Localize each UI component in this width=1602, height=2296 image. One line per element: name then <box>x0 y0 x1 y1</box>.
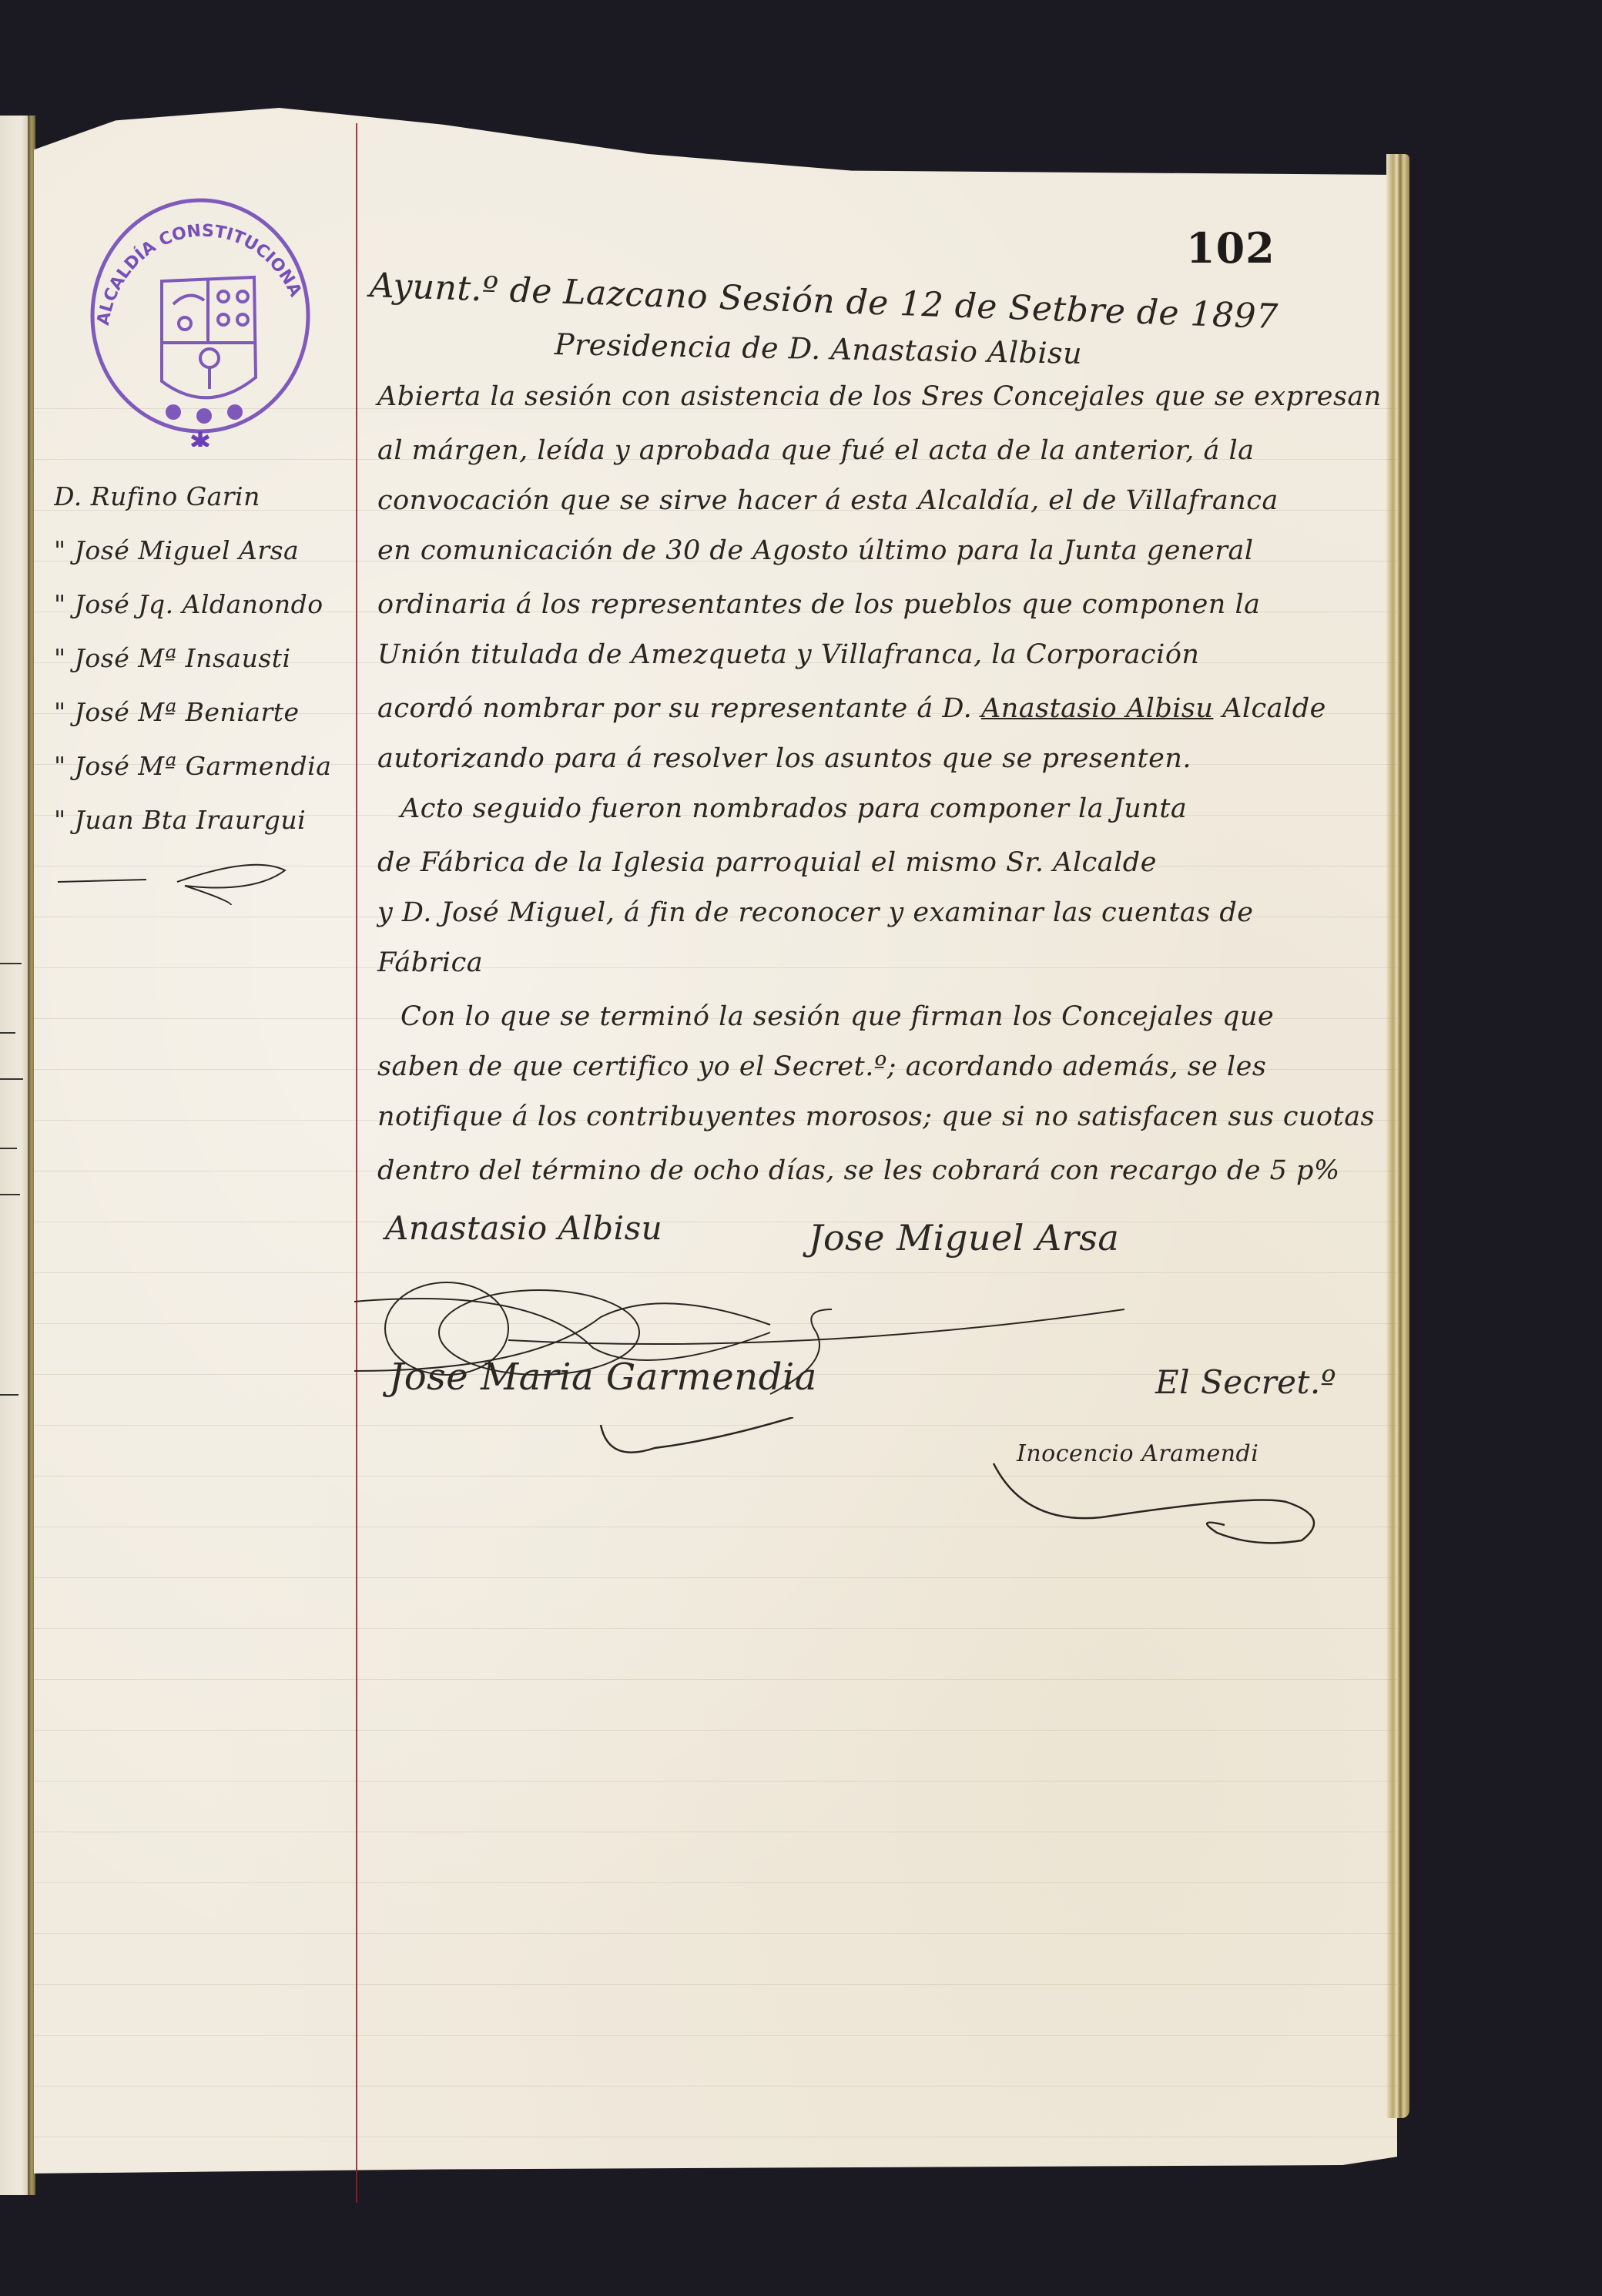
coat-of-arms-icon <box>162 277 256 397</box>
ruled-line <box>34 1577 1397 1578</box>
attendee: " José Mª Beniarte <box>54 697 347 727</box>
signature: Jose Maria Garmendia <box>389 1356 817 1399</box>
previous-page-ink-mark <box>0 1032 15 1034</box>
attendee: " José Jq. Aldanondo <box>54 589 347 619</box>
asterisk-icon: ✱ <box>189 427 212 447</box>
stamp-text: ALCALDÍA CONSTITUCIONAL DE LAZCANO <box>77 185 305 327</box>
ruled-line <box>34 2137 1397 2137</box>
folio-number: 102 <box>1186 223 1275 273</box>
attendee: " José Mª Garmendia <box>54 751 347 781</box>
minutes-line: notifique á los contribuyentes morosos; … <box>377 1101 1379 1132</box>
minutes-line: autorizando para á resolver los asuntos … <box>377 743 1379 774</box>
ruled-line <box>34 1984 1397 1985</box>
previous-page-ink-mark <box>0 1394 18 1396</box>
attendee: " José Miguel Arsa <box>54 535 347 565</box>
previous-page-ink-mark <box>0 1194 20 1195</box>
ruled-line <box>34 1222 1397 1222</box>
attendee: D. Rufino Garin <box>54 481 347 511</box>
previous-page-ink-mark <box>0 1148 17 1149</box>
stars-icon <box>166 404 243 424</box>
minutes-line: ordinaria á los representantes de los pu… <box>377 589 1379 620</box>
minutes-line: Fábrica <box>377 947 1379 978</box>
ruled-line <box>34 1933 1397 1934</box>
minutes-line: dentro del término de ocho días, se les … <box>377 1155 1379 1186</box>
ruled-line <box>34 2086 1397 2087</box>
margin-rule <box>356 123 357 2203</box>
page-stack-edge <box>1386 154 1409 2118</box>
ruled-line <box>34 1882 1397 1883</box>
minutes-line: Con lo que se terminó la sesión que firm… <box>400 1001 1402 1032</box>
minutes-line: y D. José Miguel, á fin de reconocer y e… <box>377 897 1379 928</box>
margin-flourish <box>54 840 316 909</box>
ruled-line <box>34 1781 1397 1781</box>
minutes-line: Unión titulada de Amezqueta y Villafranc… <box>377 639 1379 670</box>
closing-flourish <box>562 1417 1332 1556</box>
minutes-line: al márgen, leída y aprobada que fué el a… <box>377 435 1379 466</box>
municipal-seal-stamp: ALCALDÍA CONSTITUCIONAL DE LAZCANO ✱ <box>77 185 323 447</box>
previous-page-ink-mark <box>0 1078 23 1080</box>
minutes-line: convocación que se sirve hacer á esta Al… <box>377 485 1379 516</box>
minutes-line: saben de que certifico yo el Secret.º; a… <box>377 1051 1379 1082</box>
ruled-line <box>34 1628 1397 1629</box>
attendee: " Juan Bta Iraurgui <box>54 805 347 835</box>
ruled-line <box>34 1679 1397 1680</box>
ruled-line <box>34 1832 1397 1832</box>
minutes-line: acordó nombrar por su representante á D.… <box>377 693 1379 724</box>
svg-text:ALCALDÍA CONSTITUCIONAL DE LAZ: ALCALDÍA CONSTITUCIONAL DE LAZCANO <box>77 185 305 327</box>
ruled-line <box>34 2035 1397 2036</box>
minutes-line: en comunicación de 30 de Agosto último p… <box>377 535 1379 566</box>
previous-page-edge <box>0 116 31 2195</box>
ruled-line <box>34 1730 1397 1731</box>
previous-page-ink-mark <box>0 963 22 964</box>
minutes-line: Acto seguido fueron nombrados para compo… <box>400 793 1402 824</box>
minutes-line: de Fábrica de la Iglesia parroquial el m… <box>377 847 1379 878</box>
attendee: " José Mª Insausti <box>54 643 347 673</box>
secretary-title: El Secret.º <box>1155 1363 1336 1401</box>
representative-name: Anastasio Albisu <box>981 693 1214 724</box>
minutes-line: Abierta la sesión con asistencia de los … <box>377 381 1379 412</box>
